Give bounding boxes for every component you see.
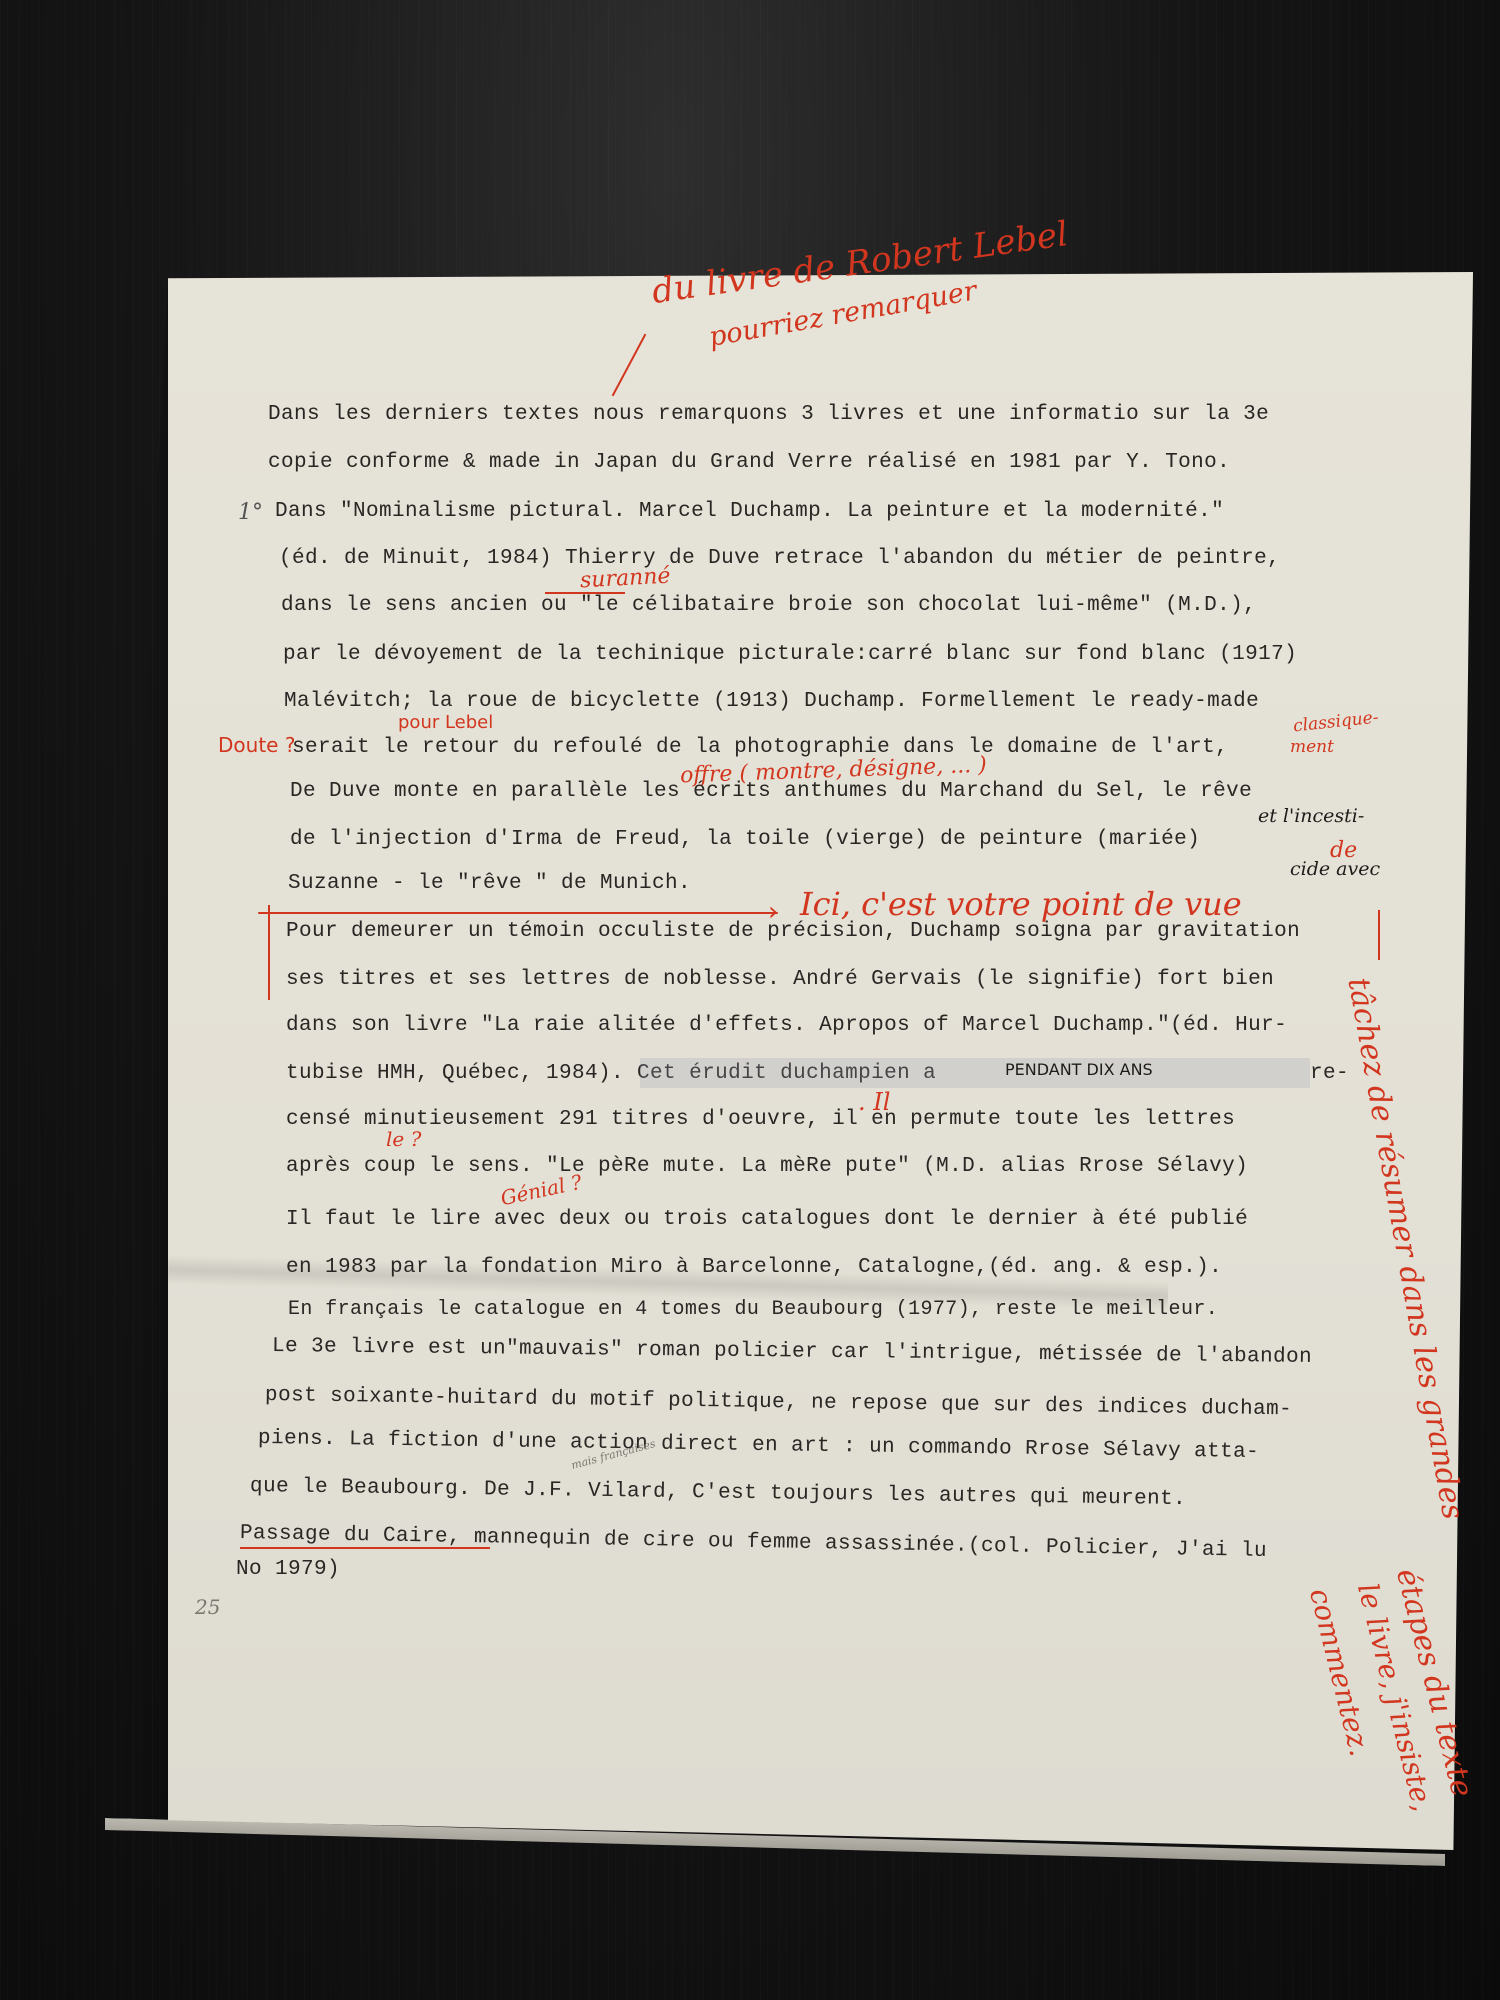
typed-line-11: Suzanne - le "rêve " de Munich.: [288, 872, 691, 895]
typed-line-19: en 1983 par la fondation Miro à Barcelon…: [286, 1256, 1222, 1279]
typed-line-10: de l'injection d'Irma de Freud, la toile…: [290, 828, 1200, 851]
typed-line-14: dans son livre "La raie alitée d'effets.…: [286, 1014, 1287, 1037]
page-number: 25: [195, 1595, 220, 1619]
typed-line-20: En français le catalogue en 4 tomes du B…: [288, 1298, 1218, 1321]
annotation-doute: Doute ?: [218, 733, 295, 757]
typed-line-16: censé minutieusement 291 titres d'oeuvre…: [286, 1108, 1235, 1131]
typed-line-18: Il faut le lire avec deux ou trois catal…: [286, 1208, 1248, 1231]
bracket-left: [268, 905, 270, 1000]
annotation-pour-lebel: pour Lebel: [398, 712, 493, 733]
annotation-le: le ?: [386, 1127, 421, 1151]
annotation-incesti: et l'incesti-: [1258, 805, 1364, 827]
typed-line-12: Pour demeurer un témoin occuliste de pré…: [286, 920, 1300, 943]
typed-line-9: De Duve monte en parallèle les écrits an…: [290, 780, 1252, 803]
typed-text: Dans les derniers textes nous remarquons…: [268, 403, 1269, 426]
highlight-band: [640, 1058, 1310, 1088]
typed-line-2: copie conforme & made in Japan du Grand …: [268, 451, 1230, 474]
annotation-cide-avec: cide avec: [1290, 858, 1380, 880]
typed-line-8: serait le retour du refoulé de la photog…: [292, 736, 1228, 759]
typed-line-5: dans le sens ancien ou "le célibataire b…: [281, 594, 1256, 617]
bracket-right: [1378, 910, 1380, 960]
typed-line-13: ses titres et ses lettres de noblesse. A…: [286, 968, 1274, 991]
typed-line-26: No 1979): [236, 1558, 340, 1581]
annotation-para-mark-1: 1°: [238, 500, 263, 525]
typed-line-15-suffix: re-: [1310, 1062, 1349, 1085]
annotation-ici-point-de-vue: Ici, c'est votre point de vue: [800, 885, 1242, 923]
annotation-pendant-dix-ans: PENDANT DIX ANS: [1005, 1060, 1153, 1079]
typed-line-7: Malévitch; la roue de bicyclette (1913) …: [284, 690, 1259, 713]
typed-line-17: après coup le sens. "Le pèRe mute. La mè…: [286, 1155, 1248, 1178]
typed-line-1: Dans les derniers textes nous remarquons…: [268, 403, 1269, 426]
wavy-arrow-line: [258, 912, 778, 914]
typed-line-6: par le dévoyement de la techinique pictu…: [283, 643, 1297, 666]
underline-passage-du-caire: [240, 1547, 490, 1549]
annotation-ment: ment: [1290, 737, 1334, 757]
annotation-surancien: suranné: [579, 564, 671, 594]
typed-line-3: Dans "Nominalisme pictural. Marcel Ducha…: [275, 500, 1224, 523]
typed-line-4: (éd. de Minuit, 1984) Thierry de Duve re…: [279, 547, 1280, 570]
